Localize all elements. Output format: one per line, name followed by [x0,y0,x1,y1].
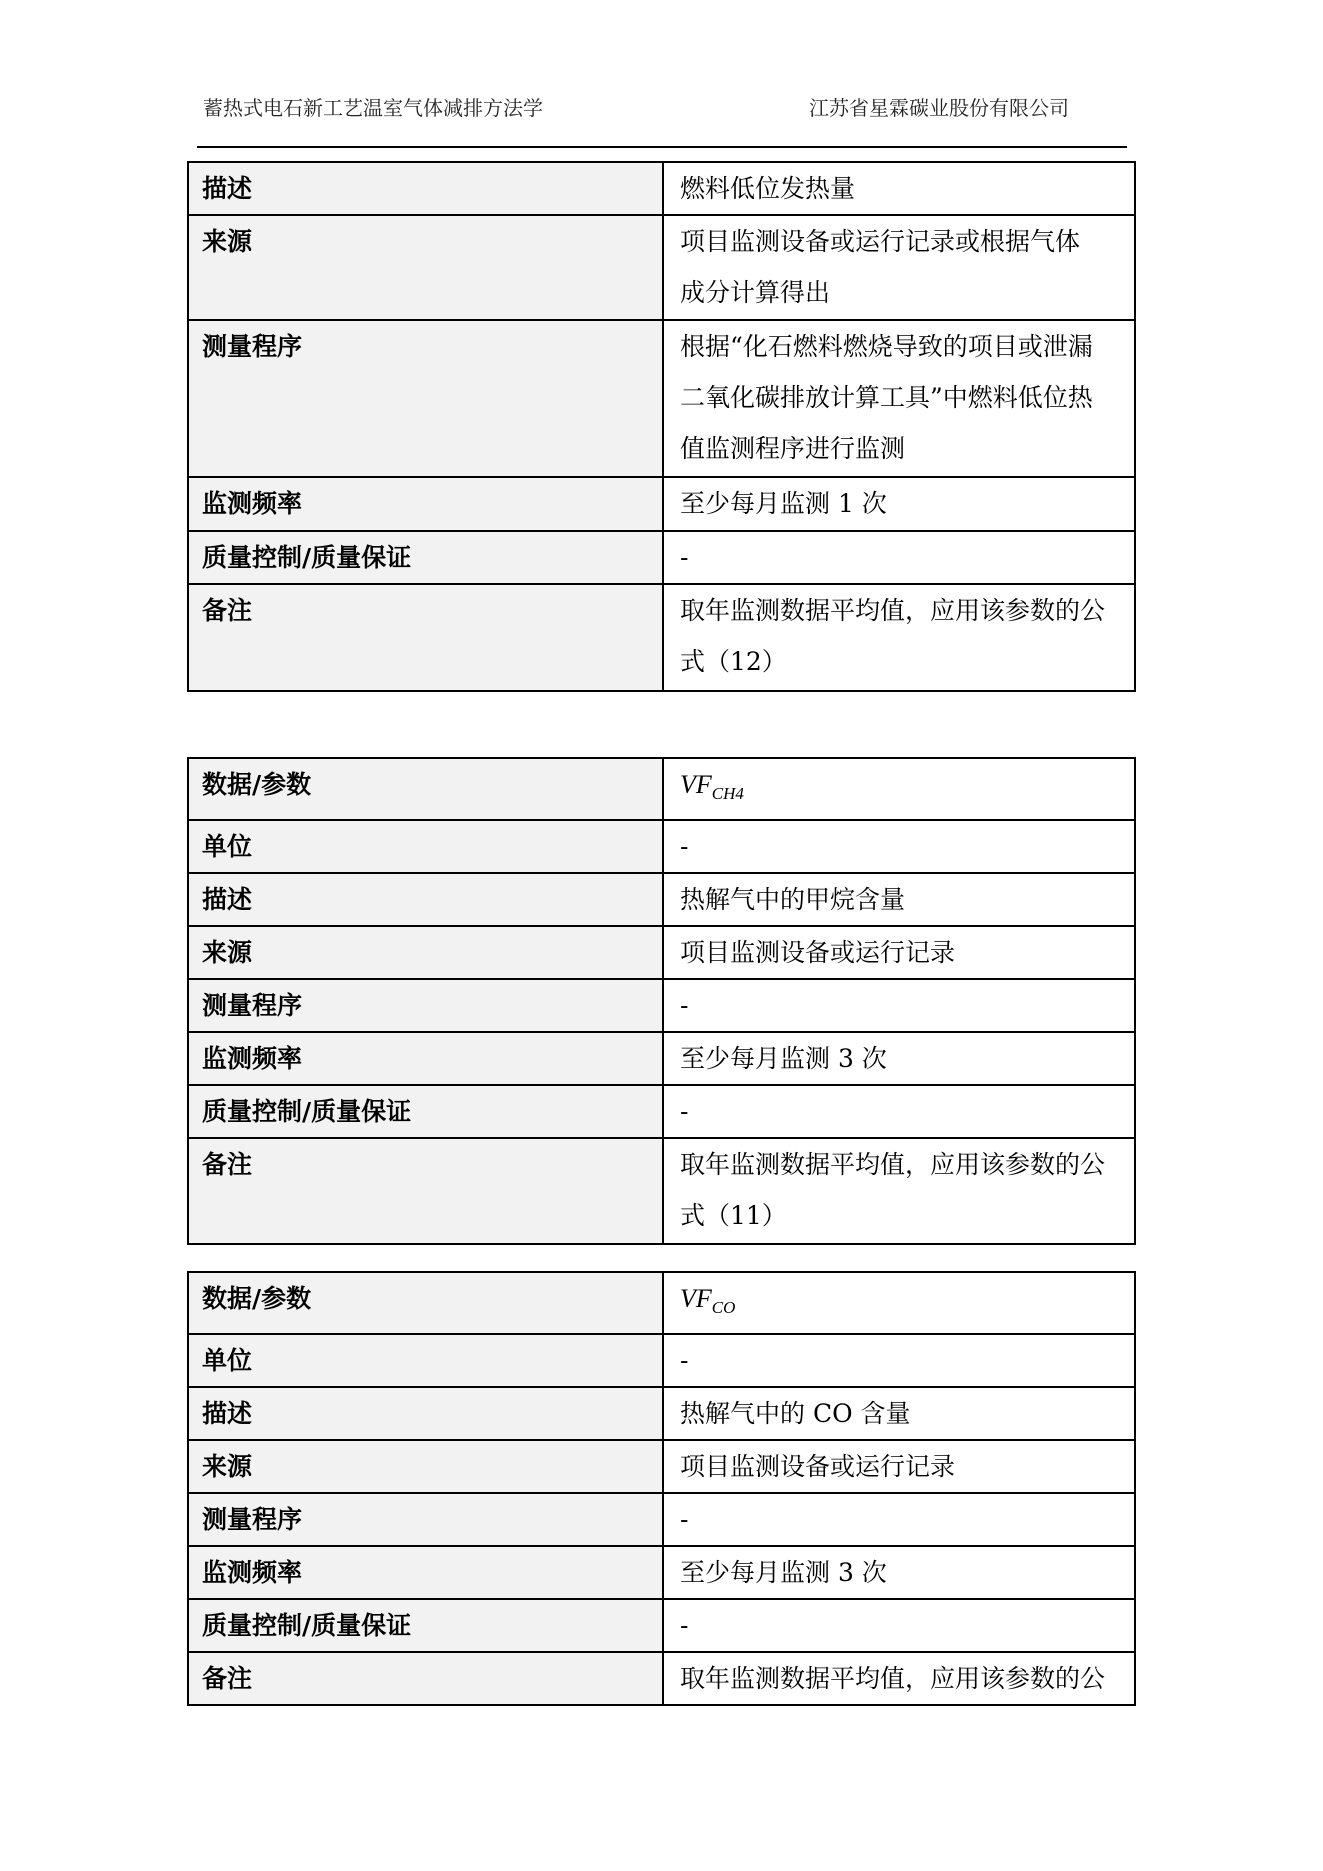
value-line: 至少每月监测 3 次 [680,1547,1126,1598]
row-label: 描述 [188,873,663,926]
table-row: 单位 - [188,1334,1135,1387]
row-value: 取年监测数据平均值，应用该参数的公 式（11） [663,1138,1135,1244]
row-value: - [663,1334,1135,1387]
row-value: - [663,1493,1135,1546]
value-line: - [680,1600,1126,1651]
row-value: 热解气中的甲烷含量 [663,873,1135,926]
table-row: 质量控制/质量保证 - [188,531,1135,584]
table-row: 来源 项目监测设备或运行记录 [188,1440,1135,1493]
row-value: 项目监测设备或运行记录 [663,926,1135,979]
table-row: 数据/参数 VFCO [188,1272,1135,1334]
value-line: 热解气中的 CO 含量 [680,1388,1126,1439]
row-value: - [663,1599,1135,1652]
value-line: 式（11） [680,1190,1126,1241]
row-value: - [663,820,1135,873]
parameter-symbol: VFCO [680,1284,735,1313]
value-line: 燃料低位发热量 [680,163,1126,214]
row-value: 根据“化石燃料燃烧导致的项目或泄漏 二氧化碳排放计算工具”中燃料低位热 值监测程… [663,320,1135,477]
table-row: 测量程序 根据“化石燃料燃烧导致的项目或泄漏 二氧化碳排放计算工具”中燃料低位热… [188,320,1135,477]
row-label: 单位 [188,820,663,873]
table-row: 描述 热解气中的甲烷含量 [188,873,1135,926]
table-row: 监测频率 至少每月监测 3 次 [188,1032,1135,1085]
table-row: 描述 燃料低位发热量 [188,162,1135,215]
row-label: 监测频率 [188,1546,663,1599]
row-value: VFCH4 [663,758,1135,820]
row-label: 测量程序 [188,1493,663,1546]
row-label: 测量程序 [188,979,663,1032]
row-label: 数据/参数 [188,1272,663,1334]
value-line: 取年监测数据平均值，应用该参数的公 [680,1653,1126,1704]
row-label: 来源 [188,215,663,320]
value-line: 热解气中的甲烷含量 [680,874,1126,925]
value-line: 至少每月监测 3 次 [680,1033,1126,1084]
header-company-name: 江苏省星霖碳业股份有限公司 [809,94,1069,122]
parameter-table-vf-ch4: 数据/参数 VFCH4 单位 - 描述 热解气中的甲烷含量 来源 项目监测设备或… [187,757,1136,1245]
table-row: 质量控制/质量保证 - [188,1085,1135,1138]
row-label: 质量控制/质量保证 [188,1085,663,1138]
table-row: 测量程序 - [188,979,1135,1032]
row-label: 质量控制/质量保证 [188,531,663,584]
table-row: 单位 - [188,820,1135,873]
value-line: 式（12） [680,636,1126,687]
table-row: 监测频率 至少每月监测 3 次 [188,1546,1135,1599]
row-label: 来源 [188,926,663,979]
table-row: 描述 热解气中的 CO 含量 [188,1387,1135,1440]
value-line: 取年监测数据平均值，应用该参数的公 [680,585,1126,636]
row-label: 备注 [188,1652,663,1705]
table-row: 质量控制/质量保证 - [188,1599,1135,1652]
table-row: 备注 取年监测数据平均值，应用该参数的公 式（12） [188,584,1135,691]
row-value: 项目监测设备或运行记录或根据气体 成分计算得出 [663,215,1135,320]
value-line: 至少每月监测 1 次 [680,478,1126,529]
table-row: 备注 取年监测数据平均值，应用该参数的公 式（11） [188,1138,1135,1244]
value-line: - [680,821,1126,872]
value-line: 项目监测设备或运行记录 [680,1441,1126,1492]
value-line: 根据“化石燃料燃烧导致的项目或泄漏 [680,321,1126,372]
parameter-table-fuel-ncv: 描述 燃料低位发热量 来源 项目监测设备或运行记录或根据气体 成分计算得出 测量… [187,161,1136,692]
table-row: 来源 项目监测设备或运行记录 [188,926,1135,979]
row-label: 测量程序 [188,320,663,477]
symbol-base: VF [680,1284,712,1313]
value-line: 项目监测设备或运行记录 [680,927,1126,978]
value-line: - [680,980,1126,1031]
row-label: 备注 [188,584,663,691]
row-value: 项目监测设备或运行记录 [663,1440,1135,1493]
row-value: 至少每月监测 1 次 [663,477,1135,531]
row-label: 单位 [188,1334,663,1387]
value-line: 值监测程序进行监测 [680,423,1126,474]
symbol-base: VF [680,770,712,799]
value-line: 成分计算得出 [680,267,1126,318]
header-document-title: 蓄热式电石新工艺温室气体减排方法学 [203,94,543,122]
header-divider [197,146,1127,148]
parameter-symbol: VFCH4 [680,770,744,799]
value-line: 项目监测设备或运行记录或根据气体 [680,216,1126,267]
row-value: 取年监测数据平均值，应用该参数的公 [663,1652,1135,1705]
table-row: 数据/参数 VFCH4 [188,758,1135,820]
row-value: - [663,1085,1135,1138]
value-line: - [680,532,1126,583]
row-value: 至少每月监测 3 次 [663,1032,1135,1085]
table-row: 备注 取年监测数据平均值，应用该参数的公 [188,1652,1135,1705]
row-value: 取年监测数据平均值，应用该参数的公 式（12） [663,584,1135,691]
row-label: 质量控制/质量保证 [188,1599,663,1652]
table-row: 监测频率 至少每月监测 1 次 [188,477,1135,531]
parameter-table-vf-co: 数据/参数 VFCO 单位 - 描述 热解气中的 CO 含量 来源 项目监测设备… [187,1271,1136,1706]
row-label: 来源 [188,1440,663,1493]
value-line: - [680,1335,1126,1386]
value-line: - [680,1494,1126,1545]
row-value: 至少每月监测 3 次 [663,1546,1135,1599]
row-label: 备注 [188,1138,663,1244]
row-label: 数据/参数 [188,758,663,820]
row-value: 燃料低位发热量 [663,162,1135,215]
symbol-subscript: CO [712,1298,736,1317]
row-label: 监测频率 [188,477,663,531]
row-label: 描述 [188,1387,663,1440]
row-value: VFCO [663,1272,1135,1334]
row-value: 热解气中的 CO 含量 [663,1387,1135,1440]
symbol-subscript: CH4 [712,784,744,803]
value-line: 取年监测数据平均值，应用该参数的公 [680,1139,1126,1190]
row-label: 监测频率 [188,1032,663,1085]
table-row: 来源 项目监测设备或运行记录或根据气体 成分计算得出 [188,215,1135,320]
row-label: 描述 [188,162,663,215]
row-value: - [663,979,1135,1032]
value-line: 二氧化碳排放计算工具”中燃料低位热 [680,372,1126,423]
value-line: - [680,1086,1126,1137]
table-row: 测量程序 - [188,1493,1135,1546]
row-value: - [663,531,1135,584]
